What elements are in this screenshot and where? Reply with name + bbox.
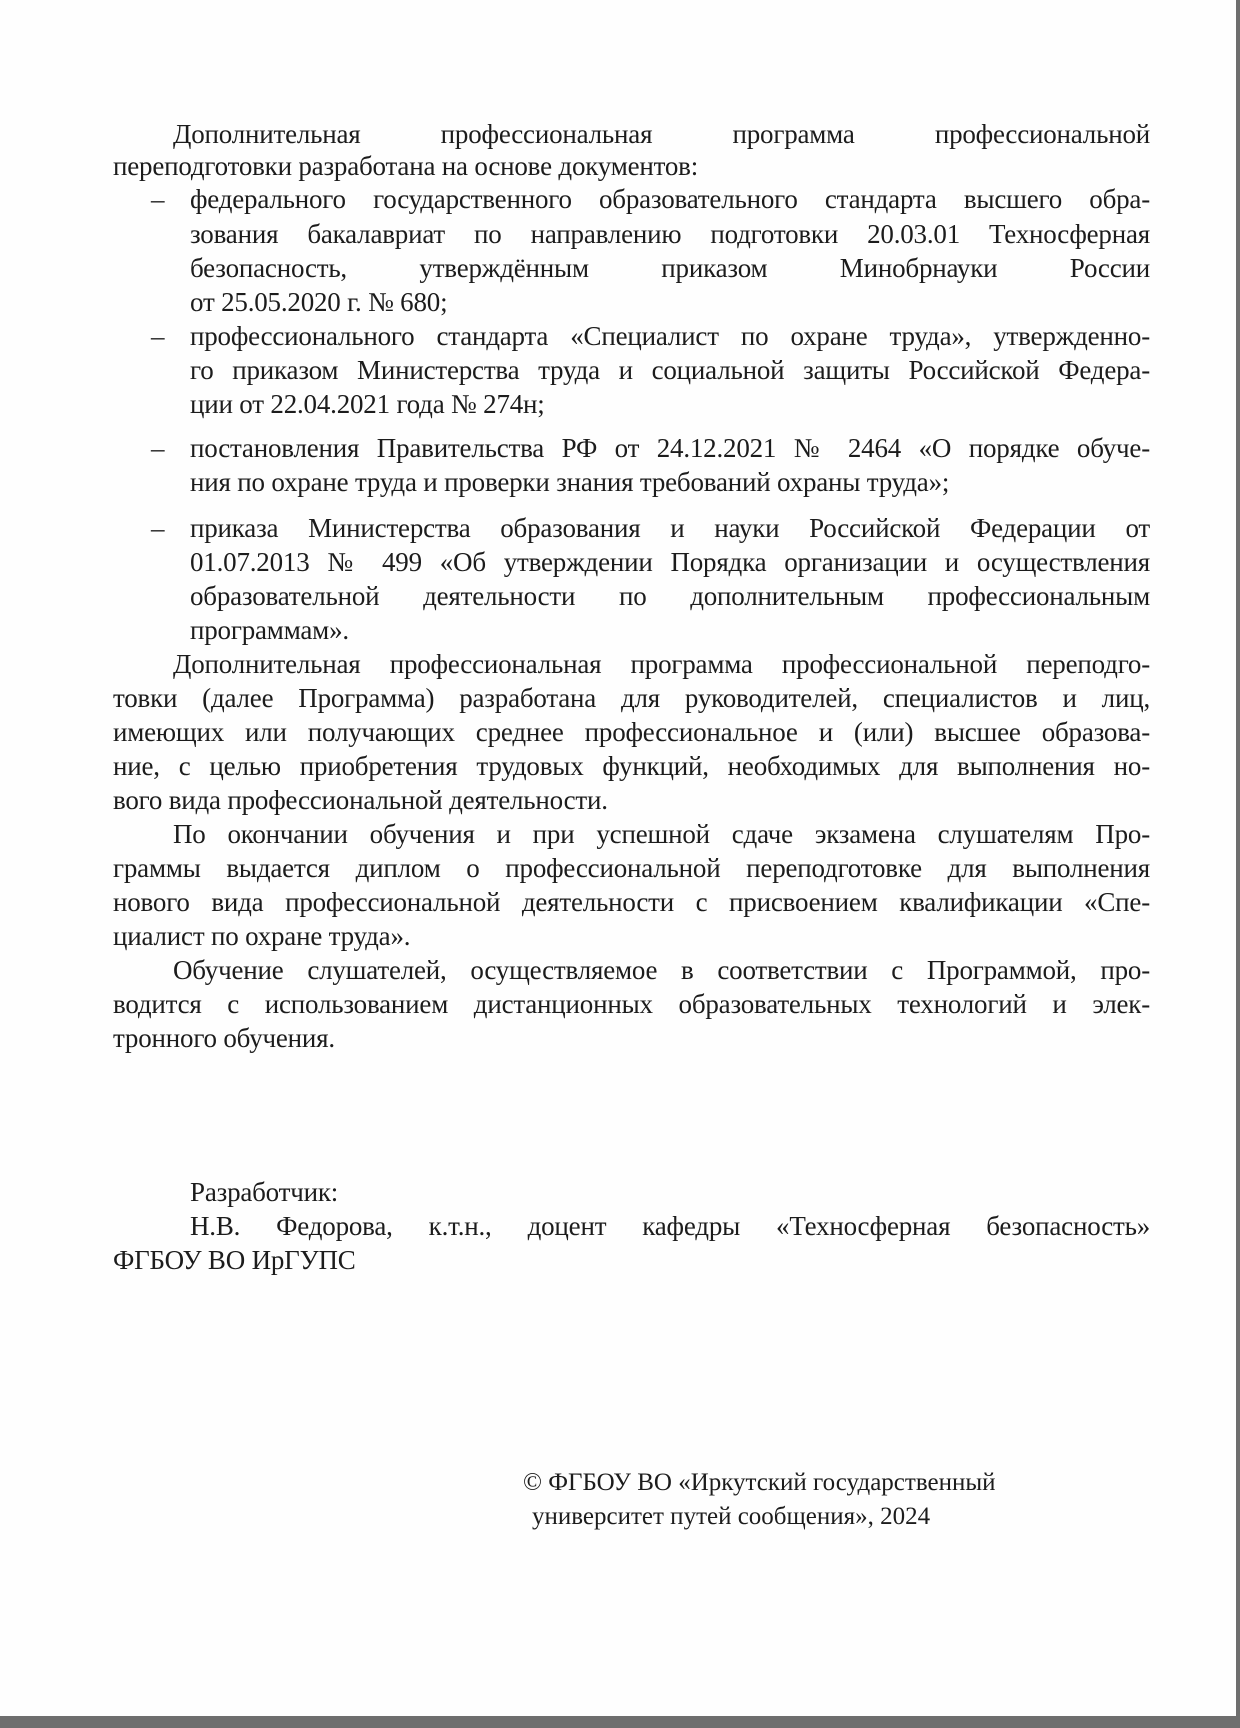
paragraph-1-line-5: вого вида профессиональной деятельности. (113, 784, 608, 816)
intro-line-2: переподготовки разработана на основе док… (113, 150, 698, 182)
copyright-line-2: университет путей сообщения», 2024 (532, 1501, 930, 1533)
bullet-2-line-3: ции от 22.04.2021 года № 274н; (190, 388, 545, 420)
paragraph-3-line-2: водится с использованием дистанционных о… (113, 988, 1150, 1020)
bullet-2-line-1: профессионального стандарта «Специалист … (190, 320, 1150, 352)
paragraph-2-line-3: нового вида профессиональной деятельност… (113, 886, 1150, 918)
paragraph-3-line-1: Обучение слушателей, осуществляемое в со… (173, 954, 1150, 986)
paragraph-1-line-1: Дополнительная профессиональная программ… (173, 648, 1150, 680)
paragraph-2-line-4: циалист по охране труда». (113, 920, 410, 952)
document-page: Дополнительная профессиональная программ… (0, 0, 1236, 1716)
intro-line-1: Дополнительная профессиональная программ… (173, 118, 1150, 150)
bullet-4-line-1: приказа Министерства образования и науки… (190, 512, 1150, 544)
copyright-line-1: © ФГБОУ ВО «Иркутский государственный (523, 1467, 996, 1499)
bullet-dash-2: – (151, 320, 165, 352)
paragraph-2-line-2: граммы выдается диплом о профессионально… (113, 852, 1150, 884)
bullet-1-line-4: от 25.05.2020 г. № 680; (190, 286, 447, 318)
bullet-4-line-3: образовательной деятельности по дополнит… (190, 580, 1150, 612)
bullet-4-line-4: программам». (190, 614, 349, 646)
paragraph-2-line-1: По окончании обучения и при успешной сда… (173, 818, 1150, 850)
bullet-dash-1: – (151, 183, 165, 215)
bullet-3-line-1: постановления Правительства РФ от 24.12.… (190, 432, 1150, 464)
paragraph-1-line-4: ние, с целью приобретения трудовых функц… (113, 750, 1150, 782)
paragraph-1-line-3: имеющих или получающих среднее профессио… (113, 716, 1150, 748)
bullet-4-line-2: 01.07.2013 № 499 «Об утверждении Порядка… (190, 546, 1150, 578)
bullet-2-line-2: го приказом Министерства труда и социаль… (190, 354, 1150, 386)
paragraph-1-line-2: товки (далее Программа) разработана для … (113, 682, 1150, 714)
bullet-1-line-3: безопасность, утверждённым приказом Мино… (190, 252, 1150, 284)
developer-label: Разработчик: (190, 1176, 338, 1208)
developer-info: Н.В. Федорова, к.т.н., доцент кафедры «Т… (190, 1210, 1150, 1242)
bullet-1-line-2: зования бакалавриат по направлению подго… (190, 218, 1150, 250)
bullet-dash-4: – (151, 512, 165, 544)
bullet-dash-3: – (151, 432, 165, 464)
paragraph-3-line-3: тронного обучения. (113, 1022, 335, 1054)
bullet-1-line-1: федерального государственного образовате… (190, 183, 1150, 215)
developer-organization: ФГБОУ ВО ИрГУПС (113, 1244, 356, 1276)
bullet-3-line-2: ния по охране труда и проверки знания тр… (190, 466, 949, 498)
